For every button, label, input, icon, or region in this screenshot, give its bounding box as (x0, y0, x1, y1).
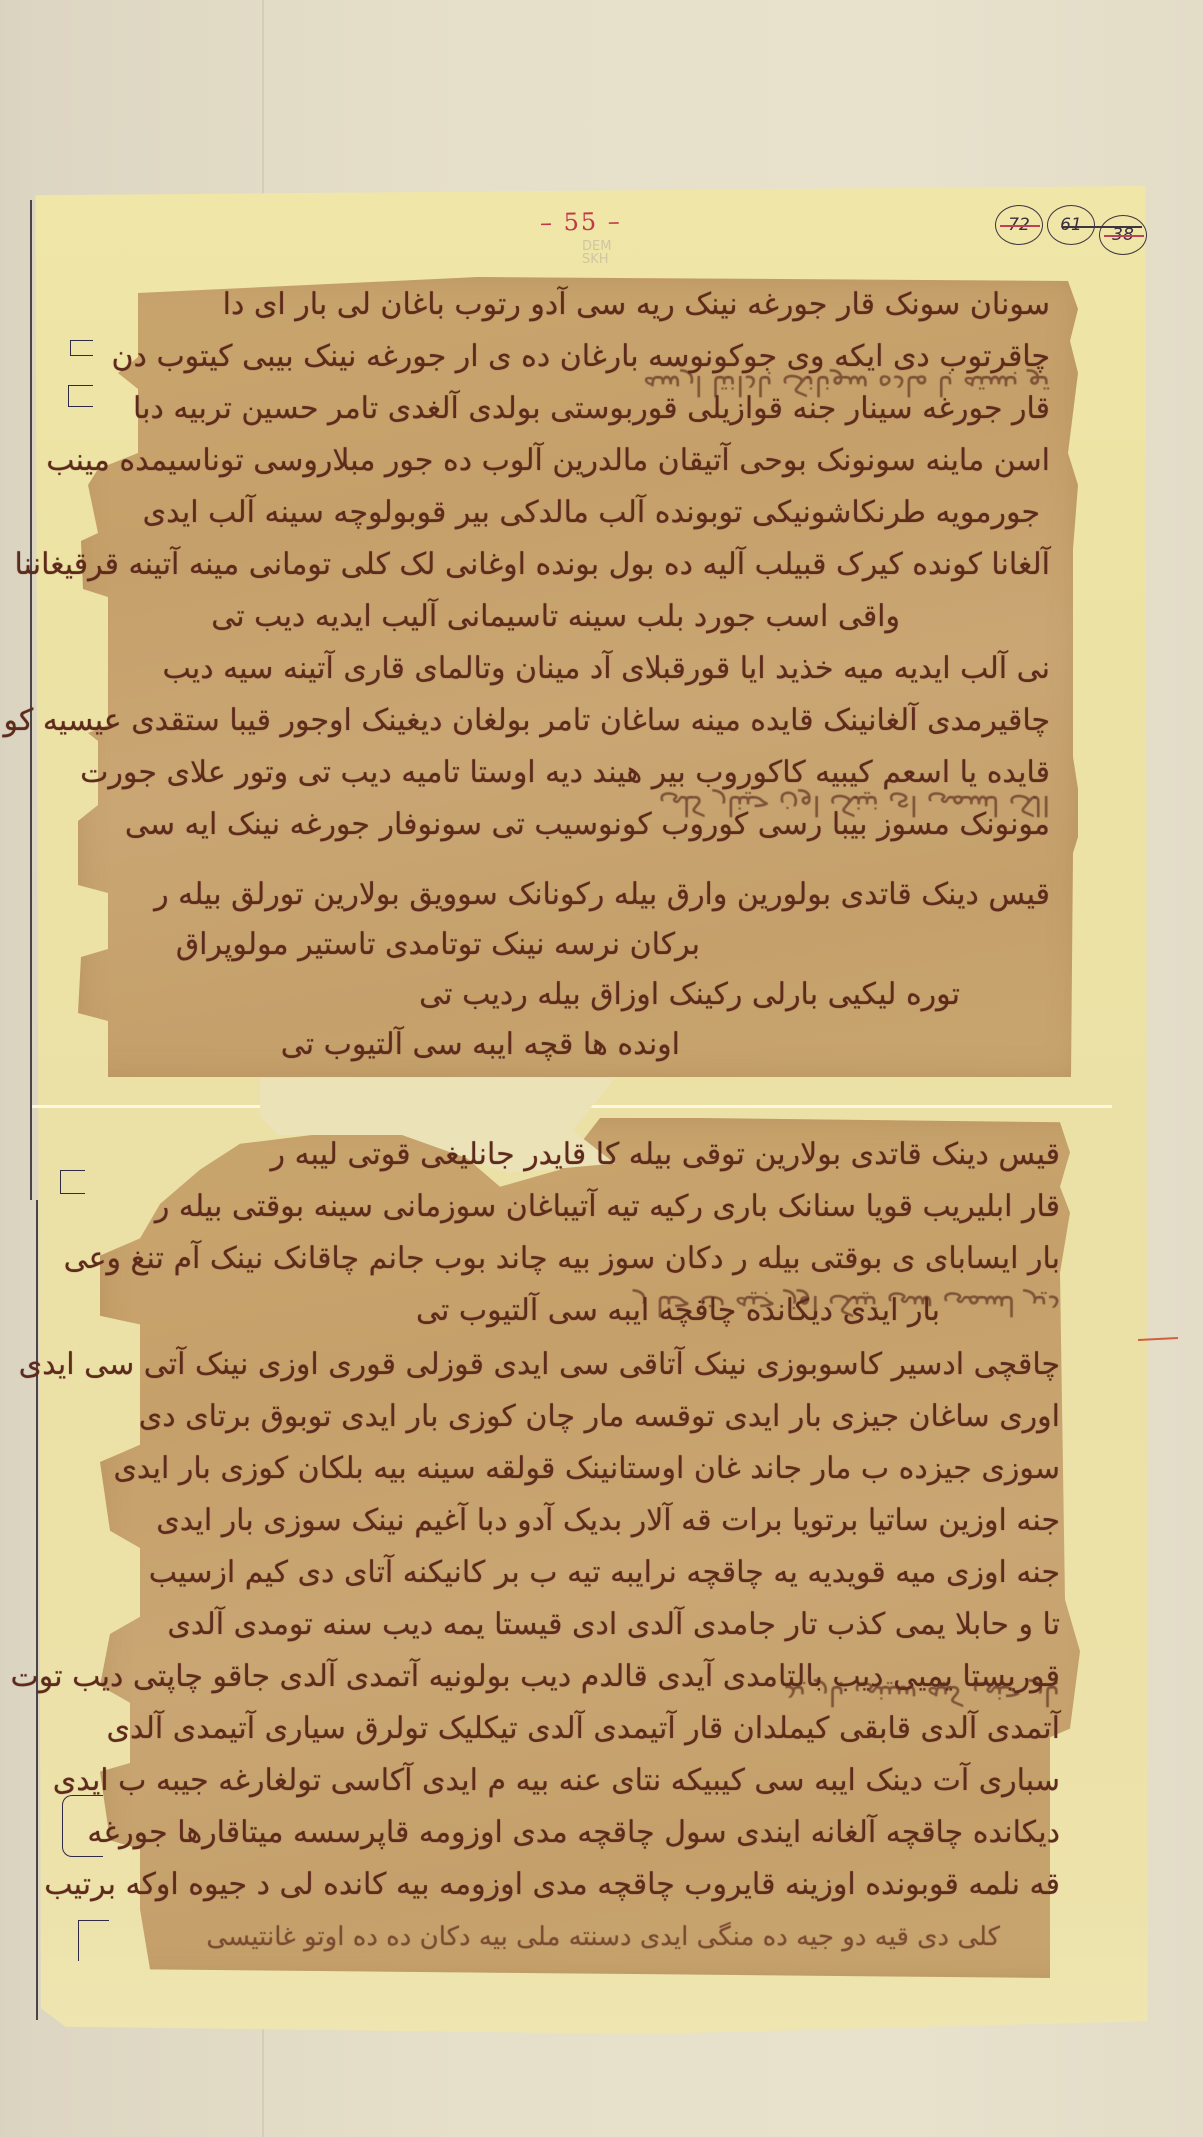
text-line: مونونک مسوز بیبا رسی کوروب کونوسیب تی سو… (125, 805, 1050, 845)
margin-bracket-mark (62, 1795, 103, 1857)
text-line: قیس دینک قاتدی بولورین وارق بیله رکونانک… (154, 875, 1050, 915)
text-line: جنه اوزی میه قویدیه یه چاقچه نرایبه تیه … (149, 1553, 1060, 1593)
text-line: بار ایدی دیکانده چاقچه ایبه سی آلتیوب تی (416, 1291, 940, 1331)
folio-label: 61 (1060, 215, 1082, 235)
margin-bracket-mark (60, 1170, 85, 1194)
text-line: توره لیکیی بارلی رکینک اوزاق بیله ردیب ت… (419, 975, 960, 1015)
manuscript-text-top: سونان سونک قار جورغه نینک ریه سی آدو رتو… (100, 285, 1050, 1065)
text-line: سوزی جیزده ب مار جاند غان اوستانینک قولق… (113, 1449, 1060, 1489)
text-line: چاقچی ادسیر کاسوبوزی نینک آتاقی سی ایدی … (19, 1345, 1060, 1385)
text-line: دیکانده چاقچه آلغانه ایندی سول چاقچه مدی… (87, 1813, 1060, 1853)
margin-bracket-mark (70, 340, 93, 356)
text-line: قیس دینک قاتدی بولارین توقی بیله کا قاید… (271, 1135, 1060, 1175)
text-line: قار جورغه سینار جنه قوازیلی قوربوستی بول… (133, 389, 1050, 429)
faint-stamp: DEM SKH (582, 240, 611, 266)
text-line: قه نلمه قوبونده اوزینه قایروب چاقچه مدی … (44, 1865, 1060, 1905)
text-line: اونده ها قچه ایبه سی آلتیوب تی (281, 1025, 680, 1065)
text-line: سونان سونک قار جورغه نینک ریه سی آدو رتو… (223, 285, 1050, 325)
text-line: واقی اسب جورد بلب سینه تاسیمانی آلیب اید… (211, 597, 900, 637)
folio-mark-61: 61 (1047, 205, 1095, 245)
text-line: آلغانا کونده کیرک قبیلب آلیه ده بول بوند… (15, 545, 1050, 585)
manuscript-text-bottom: قیس دینک قاتدی بولارین توقی بیله کا قاید… (130, 1135, 1060, 1965)
text-line: جنه اوزین ساتیا برتویا برات قه آلار بدیک… (156, 1501, 1060, 1541)
text-line: تا و حابلا یمی کذب تار جامدی آلدی ادی قی… (167, 1605, 1060, 1645)
folio-mark-72: 72 (995, 205, 1043, 245)
backing-left-edge-lower (36, 1200, 38, 2020)
text-line-faint: کلی دی قیه دو جیه ده منگی ایدی دسنته ملی… (206, 1917, 1000, 1957)
text-line: قایده یا اسعم کیبیه کاکوروب بیر هیند دیه… (80, 753, 1050, 793)
folio-marks: 72 61 38 (995, 205, 1147, 255)
text-line: جورمویه طرنکاشونیکی توبونده آلب مالدکی ب… (143, 493, 1040, 533)
text-line: برکان نرسه نینک توتامدی تاستیر مولوپراق (176, 925, 700, 965)
folio-label: 38 (1112, 225, 1134, 245)
text-line: سباری آت دینک ایبه سی کیبیکه نتای عنه بی… (53, 1761, 1060, 1801)
text-line: اوری ساغان جیزی بار ایدی توقسه مار چان ک… (139, 1397, 1060, 1437)
text-line: چاقیرمدی آلغانینک قایده مینه ساغان تامر … (4, 701, 1051, 741)
backing-left-edge (30, 200, 32, 1200)
text-line: چاقرتوب دی ایکه وی جوکونوسه بارغان ده ی … (112, 337, 1050, 377)
text-line: قوریستا یمیی دیب بالتامدی آیدی قالدم دیب… (11, 1657, 1060, 1697)
margin-bracket-mark (78, 1920, 109, 1961)
text-line: بار ایسابای ی بوقتی بیله ر دکان سوز بیه … (64, 1239, 1060, 1279)
page-number: – 55 – (540, 207, 622, 236)
text-line: آتمدی آلدی قابقی کیملدان قار آتیمدی آلدی… (106, 1709, 1060, 1749)
folio-label: 72 (1008, 215, 1030, 235)
margin-bracket-mark (68, 385, 93, 407)
text-line: قار ابلیریب قویا سنانک باری رکیه تیه آتی… (155, 1187, 1060, 1227)
text-line: اسن ماینه سونونک بوحی آتیقان مالدرین آلو… (46, 441, 1050, 481)
folio-mark-38: 38 (1099, 215, 1147, 255)
text-line: نی آلب ایدیه میه خذید ایا قورقبلای آد می… (162, 649, 1050, 689)
